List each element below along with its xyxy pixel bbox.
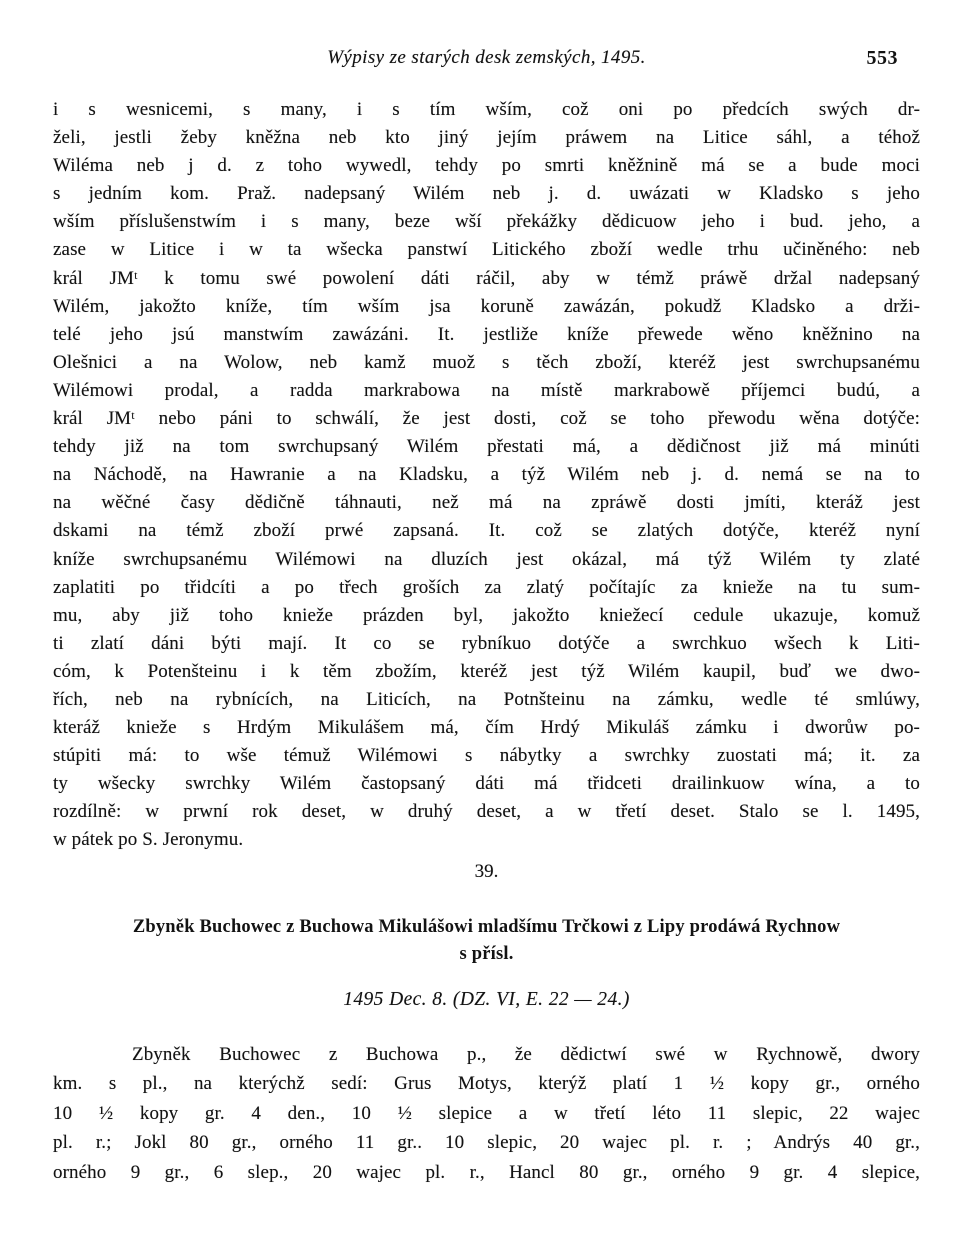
running-header: Wýpisy ze starých desk zemských, 1495. 5… — [53, 47, 920, 75]
text-line: Wiléma neb j d. z toho wywedl, tehdy po … — [53, 152, 920, 180]
text-line: zaplatiti po třidcíti a po třech groších… — [53, 574, 920, 602]
text-line: na wěčné časy dědičně táhnauti, než má n… — [53, 489, 920, 517]
running-title: Wýpisy ze starých desk zemských, 1495. — [53, 47, 920, 69]
entry-38-continuation-paragraph: i s wesnicemi, s many, i s tím wším, což… — [53, 96, 920, 855]
text-line: král JMᵗ nebo páni to schwálí, že jest d… — [53, 405, 920, 433]
text-line: na Náchodě, na Hawranie a na Kladsku, a … — [53, 461, 920, 489]
text-line: rozdílně: w prwní rok deset, w druhý des… — [53, 798, 920, 826]
scanned-book-page: Wýpisy ze starých desk zemských, 1495. 5… — [0, 0, 960, 1235]
text-line: dskami na témž zboží prwé zapsaná. It. c… — [53, 517, 920, 545]
entry-39-heading: Zbyněk Buchowec z Buchowa Mikulášowi mla… — [53, 914, 920, 968]
text-line: král JMᵗ k tomu swé powolení dáti ráčil,… — [53, 265, 920, 293]
text-line: Zbyněk Buchowec z Buchowa p., že dědictw… — [53, 1040, 920, 1070]
text-line: mu, aby již toho knieže prázden byl, jak… — [53, 602, 920, 630]
text-line: želi, jestli žeby kněžna neb kto jiný je… — [53, 124, 920, 152]
text-line: i s wesnicemi, s many, i s tím wším, což… — [53, 96, 920, 124]
text-line: Olešnici a na Wolow, neb kamž muož s těc… — [53, 349, 920, 377]
text-line: telé jeho jsú manstwím zawázáni. It. jes… — [53, 321, 920, 349]
text-line: cóm, k Potenšteinu i k těm zbožím, které… — [53, 658, 920, 686]
text-line: s jedním kom. Praž. nadepsaný Wilém neb … — [53, 180, 920, 208]
text-line: kníže swrchupsanému Wilémowi na dluzích … — [53, 546, 920, 574]
entry-39-heading-line1: Zbyněk Buchowec z Buchowa Mikulášowi mla… — [53, 914, 920, 941]
text-line: kteráž knieže s Hrdým Mikulášem má, čím … — [53, 714, 920, 742]
text-line: ty wšecky swrchky Wilém častopsaný dáti … — [53, 770, 920, 798]
entry-39-paragraph: Zbyněk Buchowec z Buchowa p., že dědictw… — [53, 1040, 920, 1188]
text-line: wším příslušenstwím i s many, beze wší p… — [53, 208, 920, 236]
text-line: stúpiti má: to wše témuž Wilémowi s náby… — [53, 742, 920, 770]
text-line: Wilém, jakožto kníže, tím wším jsa korun… — [53, 293, 920, 321]
text-line: Wilémowi prodal, a radda markrabowa na m… — [53, 377, 920, 405]
text-line: w pátek po S. Jeronymu. — [53, 826, 920, 854]
text-line: pl. r.; Jokl 80 gr., orného 11 gr.. 10 s… — [53, 1128, 920, 1158]
text-line: 10 ½ kopy gr. 4 den., 10 ½ slepice a w t… — [53, 1099, 920, 1129]
entry-39-heading-line2: s přísl. — [53, 941, 920, 968]
text-line: orného 9 gr., 6 slep., 20 wajec pl. r., … — [53, 1158, 920, 1188]
text-line: řích, neb na rybnících, na Liticích, na … — [53, 686, 920, 714]
text-column: Wýpisy ze starých desk zemských, 1495. 5… — [53, 0, 920, 1187]
entry-number-39: 39. — [53, 861, 920, 883]
text-line: tehdy již na tom swrchupsaný Wilém přest… — [53, 433, 920, 461]
text-line: ti zlatí dáni býti mají. It co se rybník… — [53, 630, 920, 658]
page-number: 553 — [867, 47, 899, 70]
text-line: km. s pl., na kterýchž sedí: Grus Motys,… — [53, 1069, 920, 1099]
text-line: zase w Litice i w ta wšecka panstwí Liti… — [53, 236, 920, 264]
entry-39-dateline: 1495 Dec. 8. (DZ. VI, E. 22 — 24.) — [53, 989, 920, 1011]
